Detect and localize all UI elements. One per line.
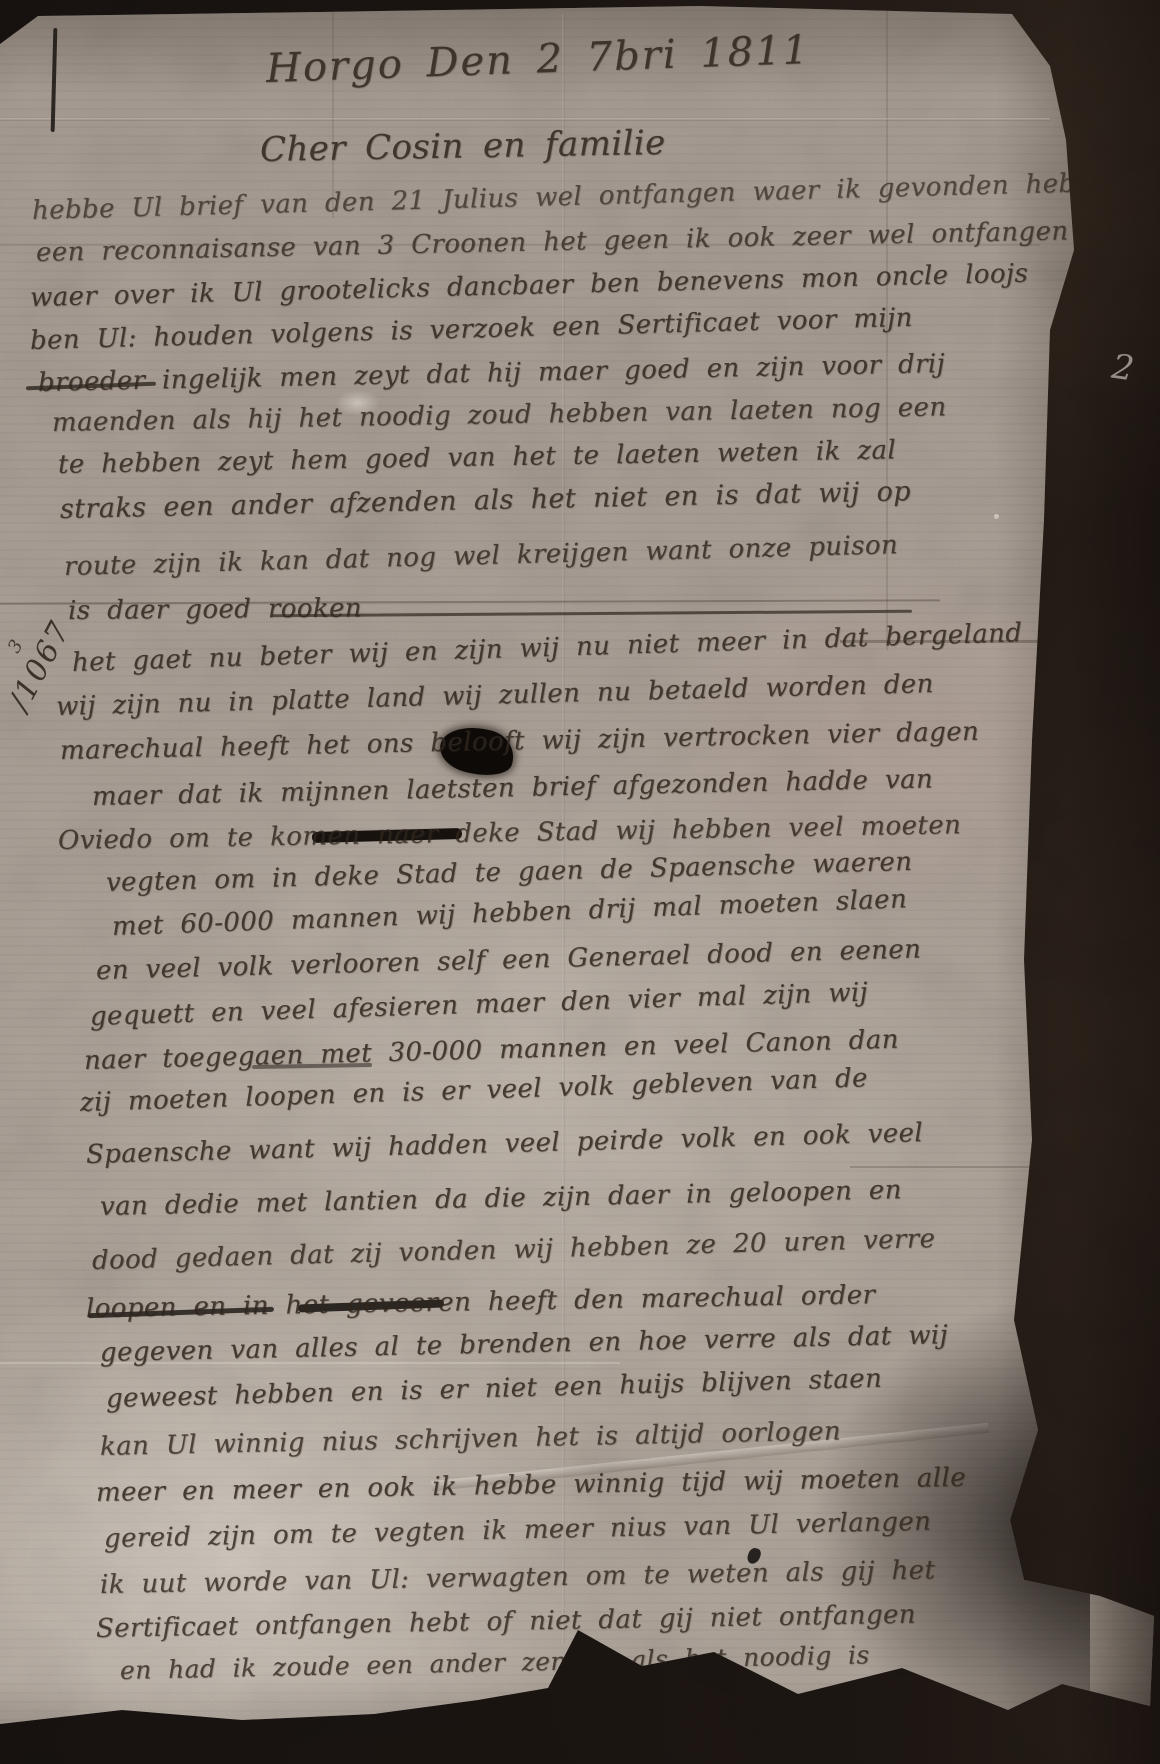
pen-stroke-left-margin xyxy=(51,28,58,132)
handwriting-line: gequett en veel afesieren maer den vier … xyxy=(90,978,869,1032)
handwriting-line: straks een ander afzenden als het niet e… xyxy=(60,476,912,525)
letter-paper: /1067 3 Horgo Den 2 7bri 1811Cher Cosin … xyxy=(0,0,1160,1764)
ink-rule-line xyxy=(272,610,912,617)
handwriting-line: geweest hebben en is er niet een huijs b… xyxy=(106,1364,883,1414)
white-speck xyxy=(994,514,999,519)
handwriting-line: dood gedaen dat zij vonden wij hebben ze… xyxy=(92,1224,936,1276)
handwriting-line: broeder ingelijk men zeyt dat hij maer g… xyxy=(38,349,946,398)
horizontal-crease xyxy=(850,1166,1030,1168)
handwriting-line: is daer goed rooken xyxy=(68,593,362,626)
handwriting-line: route zijn ik kan dat nog wel kreijgen w… xyxy=(64,530,899,582)
handwriting-line: maenden als hij het noodig zoud hebben v… xyxy=(52,392,947,438)
scratch-mark: 2 xyxy=(1109,347,1136,390)
white-speck xyxy=(1086,926,1092,932)
handwriting-line: en veel volk verlooren self een Generael… xyxy=(96,934,922,986)
handwriting-line: te hebben zeyt hem goed van het te laete… xyxy=(58,435,897,480)
handwriting-line: maer dat ik mijnnen laetsten brief afgez… xyxy=(92,764,934,812)
handwriting-line: Spaensche want wij hadden veel peirde vo… xyxy=(86,1118,924,1170)
handwriting-line: Horgo Den 2 7bri 1811 xyxy=(265,27,811,92)
handwriting-line: loopen en in het geveeren heeft den mare… xyxy=(86,1280,876,1324)
handwriting-line: hebbe Ul brief van den 21 Julius wel ont… xyxy=(32,169,1076,226)
handwriting-line: ben Ul: houden volgens is verzoek een Se… xyxy=(30,303,914,356)
photo-background: /1067 3 Horgo Den 2 7bri 1811Cher Cosin … xyxy=(0,0,1160,1764)
margin-small-mark: 3 xyxy=(4,636,28,656)
vertical-crease xyxy=(332,8,334,218)
handwriting-line: Cher Cosin en familie xyxy=(260,123,666,170)
handwriting-line: wij zijn nu in platte land wij zullen nu… xyxy=(56,669,935,722)
handwriting-line: kan Ul winnig nius schrijven het is alti… xyxy=(100,1416,842,1462)
handwriting-line: en had ik zoude een ander zenden als het… xyxy=(120,1640,870,1685)
handwriting-line: van dedie met lantien da die zijn daer i… xyxy=(100,1175,902,1222)
handwriting-line: marechual heeft het ons belooft wij zijn… xyxy=(60,717,980,766)
horizontal-fold-crease xyxy=(0,118,1050,121)
handwriting-line: het gaet nu beter wij en zijn wij nu nie… xyxy=(72,618,1023,678)
